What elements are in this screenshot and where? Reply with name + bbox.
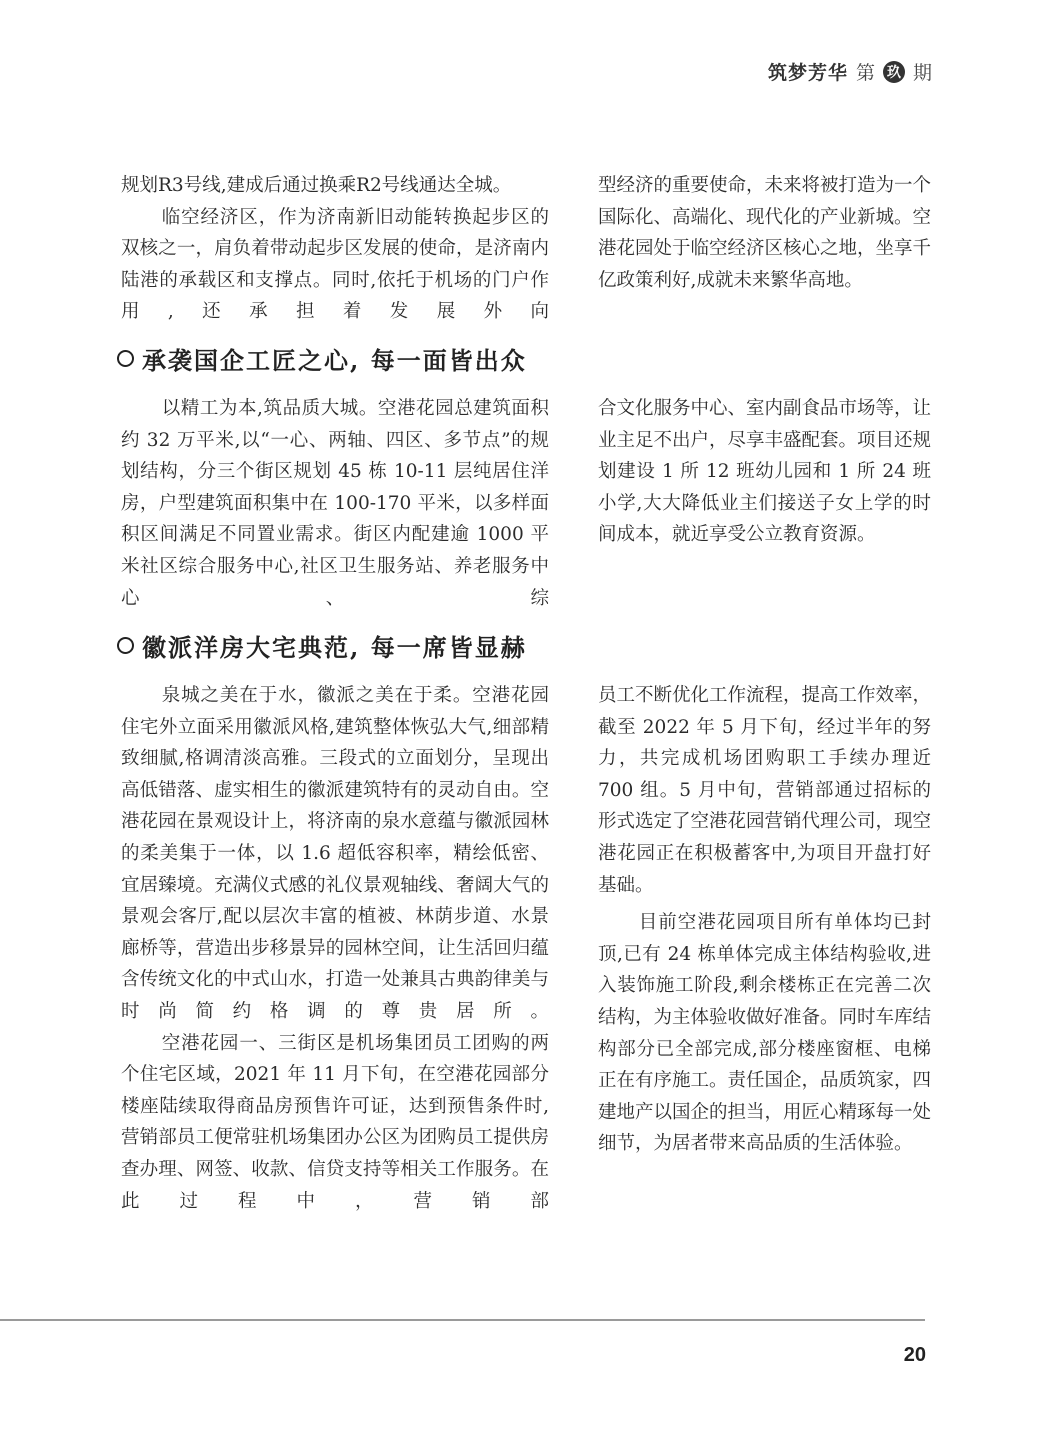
paragraph: 合文化服务中心、室内副食品市场等，让业主足不出户，尽享丰盛配套。项目还规划建设 … [598, 393, 931, 551]
paragraph: 目前空港花园项目所有单体均已封顶,已有 24 栋单体完成主体结构验收,进入装饰施… [598, 907, 931, 1160]
section-heading-2: 徽派洋房大宅典范, 每一席皆显赫 [117, 628, 527, 663]
footer-divider [0, 1319, 925, 1321]
paragraph: 型经济的重要使命，未来将被打造为一个国际化、高端化、现代化的产业新城。空港花园处… [598, 170, 931, 296]
magazine-title: 筑梦芳华 [768, 58, 848, 85]
paragraph: 临空经济区，作为济南新旧动能转换起步区的双核之一，肩负着带动起步区发展的使命，是… [121, 202, 549, 328]
section1-right-column: 型经济的重要使命，未来将被打造为一个国际化、高端化、现代化的产业新城。空港花园处… [598, 170, 931, 296]
paragraph: 以精工为本,筑品质大城。空港花园总建筑面积约 32 万平米,以“一心、两轴、四区… [121, 393, 549, 614]
heading-text: 徽派洋房大宅典范, 每一席皆显赫 [142, 628, 527, 663]
issue-prefix: 第 [856, 58, 875, 85]
issue-suffix: 期 [913, 58, 932, 85]
heading-text: 承袭国企工匠之心, 每一面皆出众 [142, 341, 527, 376]
section3-right-column: 员工不断优化工作流程，提高工作效率，截至 2022 年 5 月下旬，经过半年的努… [598, 680, 931, 1160]
running-header: 筑梦芳华 第 玖 期 [768, 58, 932, 85]
section1-left-column: 规划R3号线,建成后通过换乘R2号线通达全城。 临空经济区，作为济南新旧动能转换… [121, 170, 549, 328]
page-number: 20 [904, 1344, 926, 1367]
paragraph: 规划R3号线,建成后通过换乘R2号线通达全城。 [121, 170, 549, 202]
circle-bullet-icon [117, 637, 134, 654]
section-heading-1: 承袭国企工匠之心, 每一面皆出众 [117, 341, 527, 376]
section2-left-column: 以精工为本,筑品质大城。空港花园总建筑面积约 32 万平米,以“一心、两轴、四区… [121, 393, 549, 614]
issue-number-badge: 玖 [883, 61, 905, 83]
section3-left-column: 泉城之美在于水，徽派之美在于柔。空港花园住宅外立面采用徽派风格,建筑整体恢弘大气… [121, 680, 549, 1217]
paragraph: 员工不断优化工作流程，提高工作效率，截至 2022 年 5 月下旬，经过半年的努… [598, 680, 931, 901]
circle-bullet-icon [117, 350, 134, 367]
section2-right-column: 合文化服务中心、室内副食品市场等，让业主足不出户，尽享丰盛配套。项目还规划建设 … [598, 393, 931, 551]
paragraph: 泉城之美在于水，徽派之美在于柔。空港花园住宅外立面采用徽派风格,建筑整体恢弘大气… [121, 680, 549, 1028]
paragraph: 空港花园一、三街区是机场集团员工团购的两个住宅区域，2021 年 11 月下旬，… [121, 1028, 549, 1218]
